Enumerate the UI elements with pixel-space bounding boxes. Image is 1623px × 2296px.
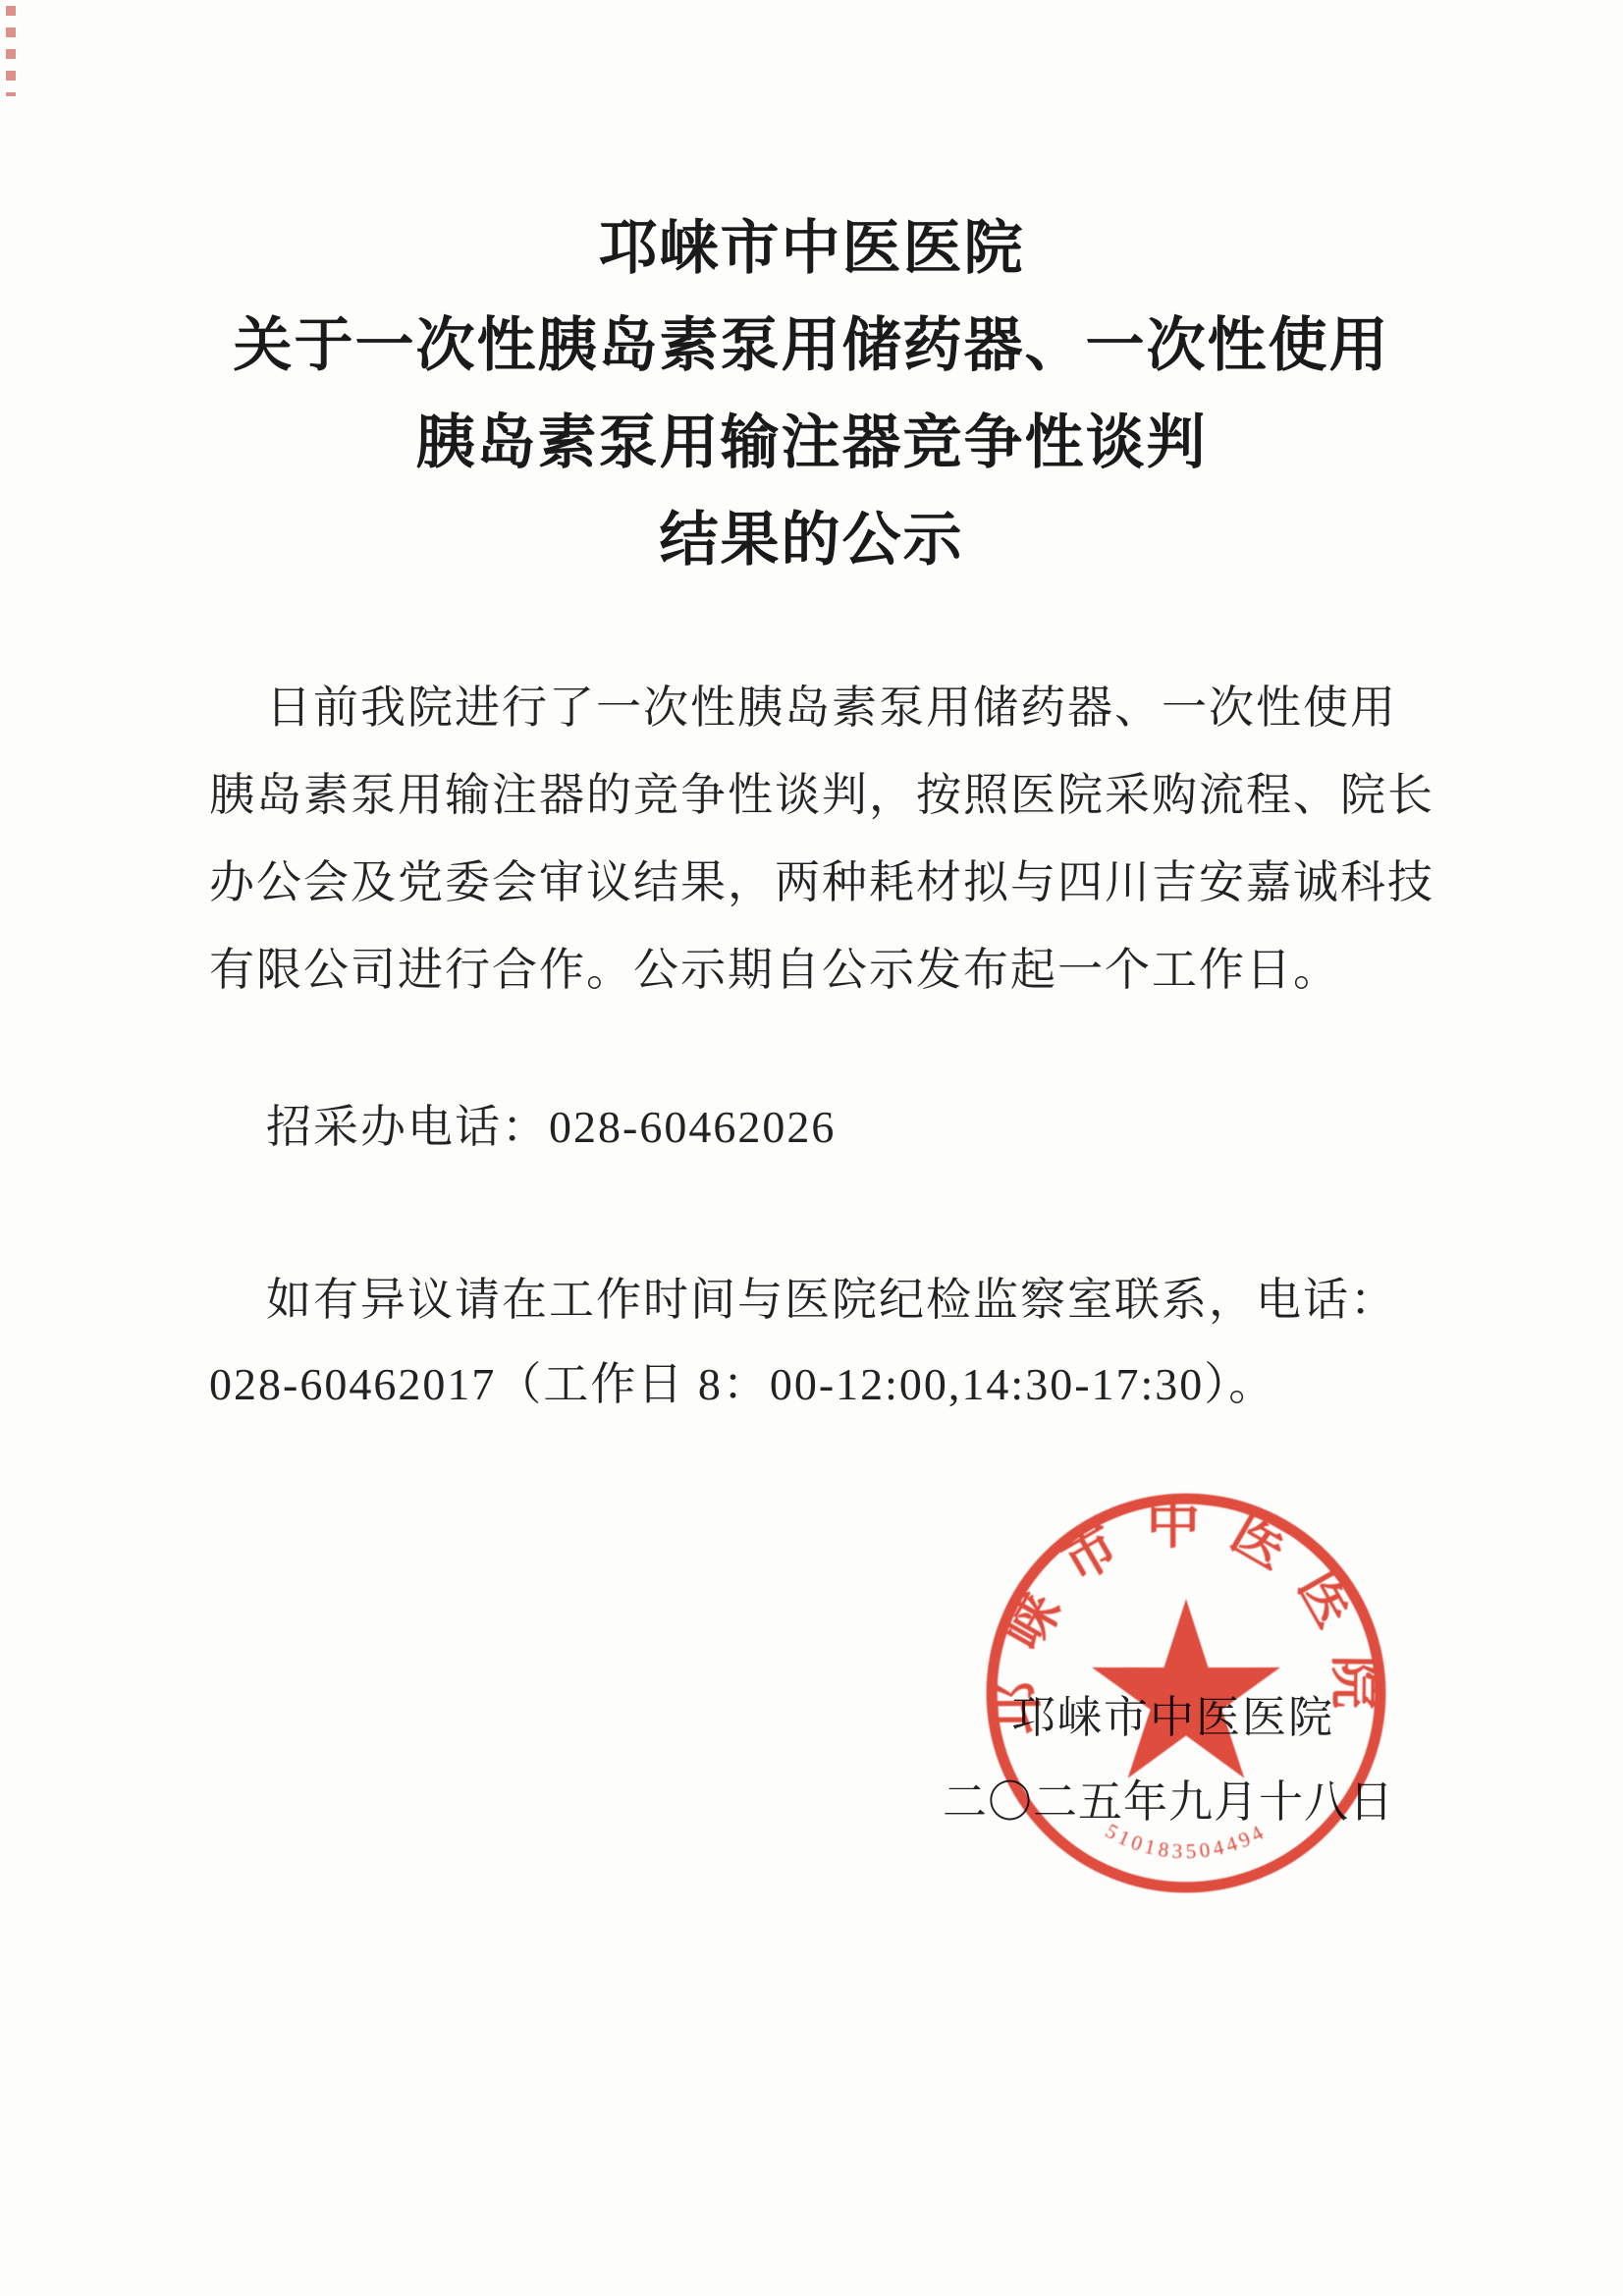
title-line-1: 邛崃市中医医院 xyxy=(0,200,1623,298)
title-line-4: 结果的公示 xyxy=(0,492,1623,589)
paragraph-line: 028-60462017（工作日 8：00-12:00,14:30-17:30）… xyxy=(209,1342,1387,1427)
body-paragraph-1: 日前我院进行了一次性胰岛素泵用储药器、一次性使用 胰岛素泵用输注器的竞争性谈判，… xyxy=(209,664,1368,1013)
body-paragraph-2: 如有异议请在工作时间与医院纪检监察室联系，电话： 028-60462017（工作… xyxy=(209,1258,1387,1427)
paragraph-line: 有限公司进行合作。公示期自公示发布起一个工作日。 xyxy=(209,926,1368,1013)
paragraph-line: 办公会及党委会审议结果，两种耗材拟与四川吉安嘉诚科技 xyxy=(209,839,1368,926)
paragraph-line: 胰岛素泵用输注器的竞争性谈判，按照医院采购流程、院长 xyxy=(209,751,1368,839)
svg-text:510183504494: 510183504494 xyxy=(1102,1819,1271,1863)
document-page: 邛崃市中医医院 关于一次性胰岛素泵用储药器、一次性使用 胰岛素泵用输注器竞争性谈… xyxy=(0,0,1623,2296)
scan-edge-artifact xyxy=(6,6,16,96)
paragraph-line: 日前我院进行了一次性胰岛素泵用储药器、一次性使用 xyxy=(209,664,1368,751)
paragraph-line: 如有异议请在工作时间与医院纪检监察室联系，电话： xyxy=(209,1258,1387,1342)
document-title: 邛崃市中医医院 关于一次性胰岛素泵用储药器、一次性使用 胰岛素泵用输注器竞争性谈… xyxy=(0,200,1623,589)
title-line-3: 胰岛素泵用输注器竞争性谈判 xyxy=(0,395,1623,492)
official-seal-stamp: 邛崃市中医医院 510183504494 xyxy=(978,1485,1394,1901)
title-line-2: 关于一次性胰岛素泵用储药器、一次性使用 xyxy=(0,298,1623,395)
stamp-star-icon xyxy=(1092,1599,1280,1778)
stamp-serial-number: 510183504494 xyxy=(1102,1819,1271,1863)
procurement-phone-line: 招采办电话：028-60462026 xyxy=(209,1084,1368,1171)
